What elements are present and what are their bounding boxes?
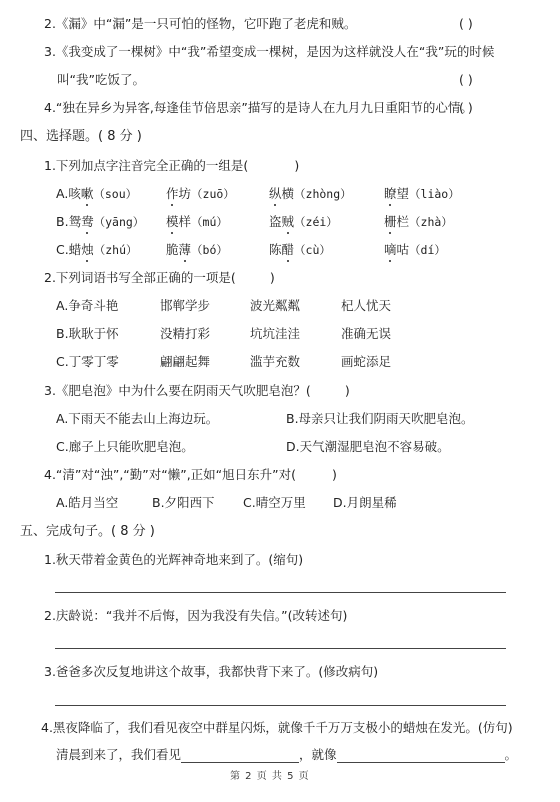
word-part: 脆 xyxy=(166,242,179,257)
word-part: 陈 xyxy=(269,242,282,257)
q2-option-word: 翩翩起舞 xyxy=(160,354,210,370)
dotted-char: 模 xyxy=(166,214,179,230)
dotted-char: 鸯 xyxy=(81,214,94,230)
fill-blank-1[interactable] xyxy=(181,749,299,763)
q4-option-d[interactable]: D.月朗星稀 xyxy=(333,495,397,511)
tf-item-3: 3.《我变成了一棵树》中“我”希望变成一棵树，是因为这样就没人在“我”玩的时候 xyxy=(44,44,494,60)
q4-stem-text: 4.“清”对“浊”,“勤”对“懒”,正如“旭日东升”对( xyxy=(44,467,296,482)
q1-option-word: 陈醋（cù） xyxy=(269,242,331,258)
word-part: 栏 xyxy=(397,214,410,229)
pinyin: （zuō） xyxy=(191,187,235,201)
option-label[interactable]: C. xyxy=(56,242,69,257)
q1-option-word: 栅栏（zhà） xyxy=(384,214,453,230)
q3-option-d[interactable]: D.天气潮湿肥皂泡不容易破。 xyxy=(286,439,450,455)
word: 耿耿于怀 xyxy=(69,326,119,341)
s5-item-4-fill: 清晨到来了，我们看见，就像。 xyxy=(56,747,517,763)
q1-stem-close: ) xyxy=(294,158,299,173)
pinyin: （zhà） xyxy=(409,215,453,229)
q2-option-word: 邯郸学步 xyxy=(160,298,210,314)
pinyin: （cù） xyxy=(294,243,331,257)
dotted-char: 醋 xyxy=(282,242,295,258)
q1-option-word: 盗贼（zéi） xyxy=(269,214,338,230)
pinyin: （sou） xyxy=(93,187,137,201)
pinyin: （zéi） xyxy=(294,215,338,229)
q3-option-b[interactable]: B.母亲只让我们阴雨天吹肥皂泡。 xyxy=(286,411,474,427)
word-part: 鸳 xyxy=(69,214,82,229)
q4-stem-close: ) xyxy=(332,467,337,482)
tf-item-4: 4.“独在异乡为异客,每逢佳节倍思亲”描写的是诗人在九月九日重阳节的心情。 xyxy=(44,100,473,116)
pinyin: （liào） xyxy=(409,187,460,201)
q1-option-word: 纵横（zhòng） xyxy=(269,186,352,202)
q1-stem-text: 1.下列加点字注音完全正确的一组是( xyxy=(44,158,248,173)
q4-option-b[interactable]: B.夕阳西下 xyxy=(152,495,215,511)
q1-option-word: 瞭望（liào） xyxy=(384,186,460,202)
q4-option-a[interactable]: A.皓月当空 xyxy=(56,495,118,511)
q2-option-word: 波光粼粼 xyxy=(250,298,300,314)
answer-line[interactable] xyxy=(55,705,506,706)
fill-end: 。 xyxy=(505,747,518,762)
pinyin: （dí） xyxy=(409,243,446,257)
word-part: 坊 xyxy=(179,186,192,201)
q3-option-a[interactable]: A.下雨天不能去山上海边玩。 xyxy=(56,411,218,427)
answer-line[interactable] xyxy=(55,592,506,593)
option-label[interactable]: B. xyxy=(56,214,69,229)
q2-option-word: 杞人忧天 xyxy=(341,298,391,314)
q3-stem: 3.《肥皂泡》中为什么要在阴雨天气吹肥皂泡？() xyxy=(44,383,350,399)
word: 争奇斗艳 xyxy=(68,298,118,313)
fill-blank-2[interactable] xyxy=(337,749,505,763)
answer-paren[interactable]: ( ) xyxy=(459,16,473,32)
q3-option-c[interactable]: C.廊子上只能吹肥皂泡。 xyxy=(56,439,194,455)
q2-option-word[interactable]: B.耿耿于怀 xyxy=(56,326,119,342)
pinyin: （yāng） xyxy=(94,215,145,229)
q2-option-word: 准确无误 xyxy=(341,326,391,342)
q1-option-word: 脆薄（bó） xyxy=(166,242,228,258)
word: 没精打彩 xyxy=(160,326,210,341)
word-part: 盗 xyxy=(269,214,282,229)
dotted-char: 薄 xyxy=(179,242,192,258)
q2-option-word[interactable]: A.争奇斗艳 xyxy=(56,298,118,314)
word: 杞人忧天 xyxy=(341,298,391,313)
dotted-char: 嘀 xyxy=(384,242,397,258)
word: 滥芋充数 xyxy=(250,354,300,369)
fill-prefix: 清晨到来了，我们看见 xyxy=(56,747,181,762)
q1-stem: 1.下列加点字注音完全正确的一组是() xyxy=(44,158,299,174)
dotted-char: 栅 xyxy=(384,214,397,230)
answer-paren[interactable]: ( ) xyxy=(459,72,473,88)
word-part: 咳 xyxy=(68,186,81,201)
word: 画蛇添足 xyxy=(341,354,391,369)
option-label[interactable]: A. xyxy=(56,186,68,201)
q3-stem-close: ) xyxy=(345,383,350,398)
tf-item-3-continuation: 叫“我”吃饭了。 xyxy=(57,72,145,88)
pinyin: （zhú） xyxy=(94,243,138,257)
option-label[interactable]: C. xyxy=(56,354,69,369)
word-part: 望 xyxy=(397,186,410,201)
word-part: 咕 xyxy=(397,242,410,257)
dotted-char: 瞭 xyxy=(384,186,397,202)
q4-stem: 4.“清”对“浊”,“勤”对“懒”,正如“旭日东升”对() xyxy=(44,467,337,483)
word: 丁零丁零 xyxy=(69,354,119,369)
word: 翩翩起舞 xyxy=(160,354,210,369)
s5-item-1: 1.秋天带着金黄色的光辉神奇地来到了。(缩句) xyxy=(44,552,303,568)
s5-item-4: 4.黑夜降临了，我们看见夜空中群星闪烁，就像千千万万支极小的蜡烛在发光。(仿句) xyxy=(41,720,513,736)
dotted-char: 烛 xyxy=(81,242,94,258)
s5-item-3: 3.爸爸多次反复地讲这个故事，我都快背下来了。(修改病句) xyxy=(44,664,378,680)
answer-line[interactable] xyxy=(55,648,506,649)
q2-stem-text: 2.下列词语书写全部正确的一项是( xyxy=(44,270,236,285)
word-part: 横 xyxy=(282,186,295,201)
pinyin: （zhòng） xyxy=(294,187,352,201)
q2-option-word: 没精打彩 xyxy=(160,326,210,342)
pinyin: （mú） xyxy=(191,215,228,229)
q1-option-word: 作坊（zuō） xyxy=(166,186,235,202)
word-part: 蜡 xyxy=(69,242,82,257)
q3-stem-text: 3.《肥皂泡》中为什么要在阴雨天气吹肥皂泡？( xyxy=(44,383,311,398)
option-label[interactable]: A. xyxy=(56,298,68,313)
word: 波光粼粼 xyxy=(250,298,300,313)
q2-option-word: 坑坑洼洼 xyxy=(250,326,300,342)
q1-option-word: 模样（mú） xyxy=(166,214,228,230)
q1-option-word[interactable]: C.蜡烛（zhú） xyxy=(56,242,138,258)
dotted-char: 纵 xyxy=(269,186,282,202)
q2-stem: 2.下列词语书写全部正确的一项是() xyxy=(44,270,275,286)
answer-paren[interactable]: ( ) xyxy=(459,100,473,116)
s5-item-2: 2.庆龄说：“我并不后悔，因为我没有失信。”(改转述句) xyxy=(44,608,347,624)
dotted-char: 贼 xyxy=(282,214,295,230)
dotted-char: 嗽 xyxy=(81,186,94,202)
q2-stem-close: ) xyxy=(270,270,275,285)
tf-item-2: 2.《漏》中“漏”是一只可怕的怪物，它吓跑了老虎和贼。 xyxy=(44,16,356,32)
dotted-char: 作 xyxy=(166,186,179,202)
q2-option-word: 滥芋充数 xyxy=(250,354,300,370)
section-4-title: 四、选择题。( 8 分 ) xyxy=(20,129,142,145)
word: 坑坑洼洼 xyxy=(250,326,300,341)
fill-mid: ，就像 xyxy=(299,747,337,762)
q1-option-word: 嘀咕（dí） xyxy=(384,242,446,258)
word: 准确无误 xyxy=(341,326,391,341)
section-5-title: 五、完成句子。( 8 分 ) xyxy=(20,524,155,540)
q1-option-word[interactable]: B.鸳鸯（yāng） xyxy=(56,214,144,230)
word-part: 样 xyxy=(179,214,192,229)
pinyin: （bó） xyxy=(191,243,228,257)
q1-option-word[interactable]: A.咳嗽（sou） xyxy=(56,186,137,202)
q2-option-word[interactable]: C.丁零丁零 xyxy=(56,354,119,370)
option-label[interactable]: B. xyxy=(56,326,69,341)
q4-option-c[interactable]: C.晴空万里 xyxy=(243,495,306,511)
word: 邯郸学步 xyxy=(160,298,210,313)
page-footer: 第 2 页 共 5 页 xyxy=(230,769,310,785)
q2-option-word: 画蛇添足 xyxy=(341,354,391,370)
